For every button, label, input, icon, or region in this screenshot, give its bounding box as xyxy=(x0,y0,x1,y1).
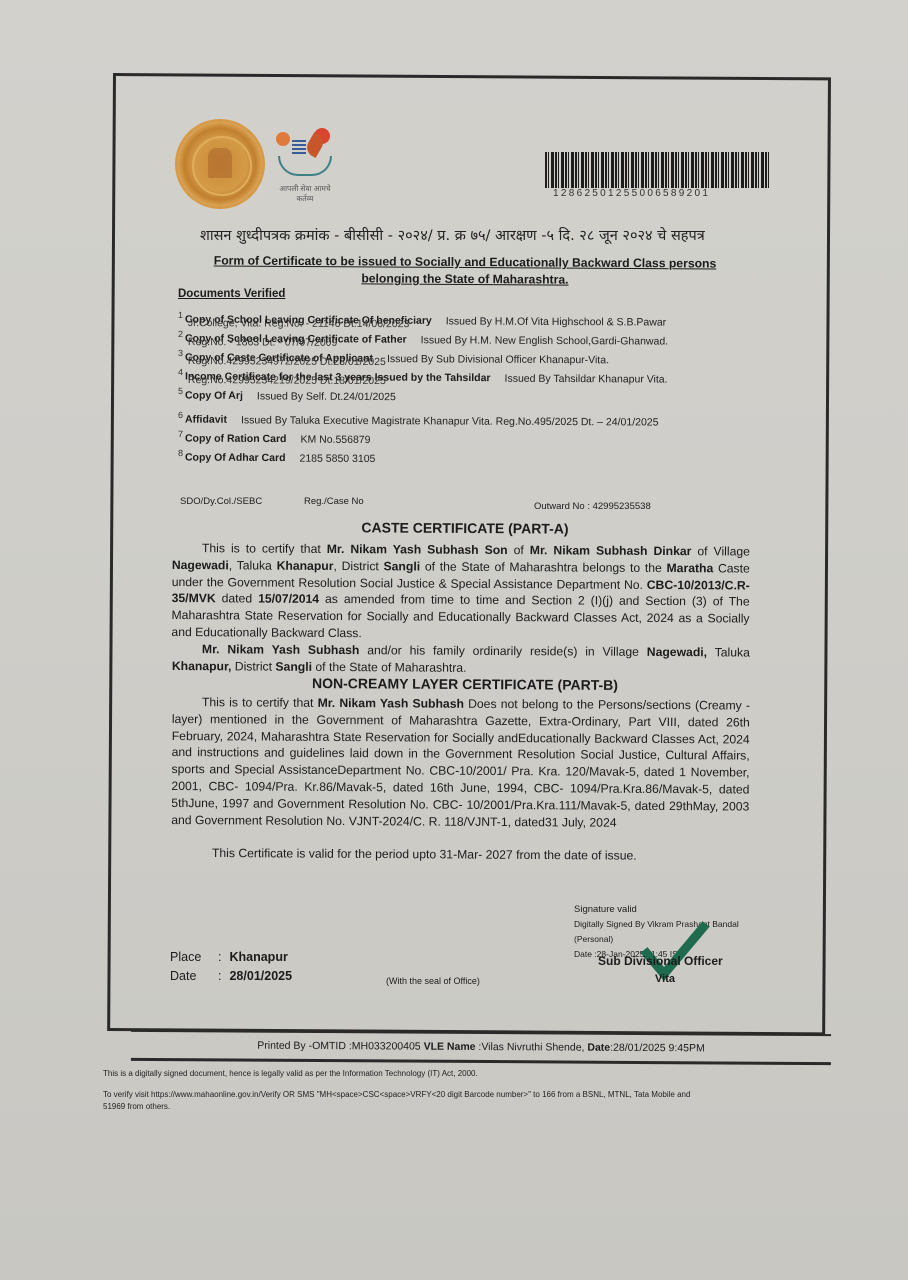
document-item: 3Copy of Caste Certificate of ApplicantI… xyxy=(178,348,609,366)
document-issuer: KM No.556879 xyxy=(300,433,370,445)
maharashtra-seal-icon xyxy=(178,122,262,206)
seal-note: (With the seal of Office) xyxy=(386,976,480,986)
footer-verify-note: To verify visit https://www.mahaonline.g… xyxy=(103,1089,823,1101)
document-issuer: 2185 5850 3105 xyxy=(299,452,375,464)
form-title: Form of Certificate to be issued to Soci… xyxy=(180,252,750,289)
document-reg-number: Reg.No.42995234219/2025 Dt.18/01/2025 xyxy=(188,374,386,387)
document-title: Copy of Ration Card xyxy=(185,433,287,446)
outward-number: Outward No : 42995235538 xyxy=(534,501,651,512)
barcode-number: 12862501255006589201 xyxy=(553,188,763,199)
form-title-line2: belonging the State of Maharashtra. xyxy=(180,269,750,289)
document-item: 4Income Certificate for the last 3 years… xyxy=(178,367,668,385)
document-item: 7Copy of Ration CardKM No.556879 xyxy=(178,429,371,446)
form-title-line1: Form of Certificate to be issued to Soci… xyxy=(180,252,750,272)
document-issuer: Issued By Sub Divisional Officer Khanapu… xyxy=(387,353,609,366)
marathi-reference: शासन शुध्दीपत्रक क्रमांक - बीसीसी - २०२४… xyxy=(200,225,760,245)
document-reg-number: Reg.No. - 1863 Dt. - 07/07/2009 xyxy=(188,336,337,349)
document-item: 8Copy Of Adhar Card2185 5850 3105 xyxy=(178,448,376,465)
document-number: 8 xyxy=(178,448,183,458)
footer-verify-note-cont: 51969 from others. xyxy=(103,1101,823,1113)
part-a-residence: Mr. Nikam Yash Subhash and/or his family… xyxy=(172,641,750,678)
part-a-paragraph: This is to certify that Mr. Nikam Yash S… xyxy=(171,540,750,644)
document-item: 1Copy of School Leaving Certificate Of b… xyxy=(178,310,666,328)
document-number: 4 xyxy=(178,367,183,377)
document-number: 1 xyxy=(178,310,183,320)
document-number: 6 xyxy=(178,410,183,420)
document-issuer: Issued By Self. Dt.24/01/2025 xyxy=(257,390,396,403)
document-number: 5 xyxy=(178,386,183,396)
aapli-seva-logo-icon: आपली सेवा आमचे कर्तव्य xyxy=(270,126,336,206)
document-issuer: Issued By H.M. New English School,Gardi-… xyxy=(421,334,669,347)
footer-legal-note: This is a digitally signed document, hen… xyxy=(103,1068,823,1080)
document-reg-number: Reg.No.42995234972/2025 Dt.23/01/2025 xyxy=(188,355,386,368)
signature-valid-check-icon xyxy=(640,920,710,980)
issue-date: Date:28/01/2025 xyxy=(170,969,292,983)
printed-by-bar: Printed By -OMTID :MH033200405 VLE Name … xyxy=(131,1030,831,1065)
document-item: 5Copy Of ArjIssued By Self. Dt.24/01/202… xyxy=(178,386,396,403)
signing-officer-location: Vita xyxy=(655,973,675,985)
case-number-label: Reg./Case No xyxy=(304,496,364,507)
document-issuer: Issued By Tahsildar Khanapur Vita. xyxy=(505,372,668,385)
issue-place: Place:Khanapur xyxy=(170,950,288,964)
document-title: Copy Of Adhar Card xyxy=(185,452,286,465)
document-title: Affidavit xyxy=(185,414,227,426)
signing-officer-title: Sub Divisional Officer xyxy=(598,954,723,968)
document-number: 7 xyxy=(178,429,183,439)
document-issuer: Issued By Taluka Executive Magistrate Kh… xyxy=(241,414,659,428)
document-issuer: Issued By H.M.Of Vita Highschool & S.B.P… xyxy=(446,315,666,328)
document-number: 2 xyxy=(178,329,183,339)
part-b-paragraph: This is to certify that Mr. Nikam Yash S… xyxy=(171,694,750,832)
document-item: 2Copy of School Leaving Certificate of F… xyxy=(178,329,668,347)
document-title: Copy Of Arj xyxy=(185,390,243,402)
office-code: SDO/Dy.Col./SEBC xyxy=(180,496,262,507)
documents-verified-heading: Documents Verified xyxy=(178,288,285,300)
signature-status: Signature valid xyxy=(574,902,739,917)
document-number: 3 xyxy=(178,348,183,358)
document-item: 6AffidavitIssued By Taluka Executive Mag… xyxy=(178,410,659,428)
barcode-icon xyxy=(545,152,770,188)
service-logo-text: आपली सेवा आमचे कर्तव्य xyxy=(278,184,332,204)
validity-statement: This Certificate is valid for the period… xyxy=(212,845,752,865)
